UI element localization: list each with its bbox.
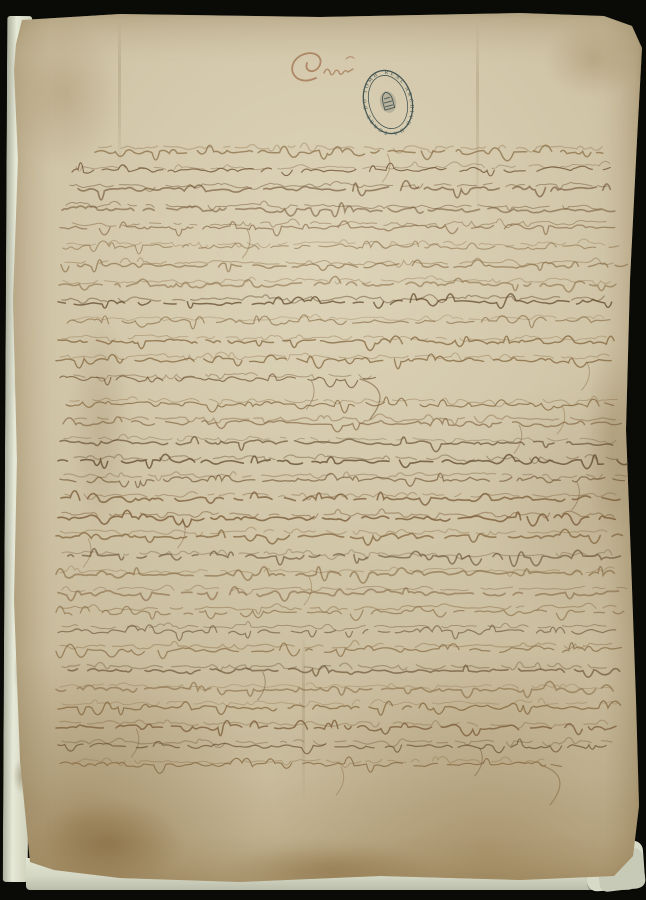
manuscript-page: [6, 12, 642, 888]
paper-stain: [70, 312, 130, 532]
paper-crease: [476, 22, 479, 212]
archive-stamp: REAL ARCHIVO DA TORRE DO TOMBO: [354, 64, 422, 140]
paper-stain: [584, 342, 640, 532]
paper-crease: [118, 20, 121, 170]
paper-crease: [302, 632, 305, 802]
photo-background: REAL ARCHIVO DA TORRE DO TOMBO: [0, 0, 646, 900]
paper-stain: [8, 18, 118, 168]
archive-stamp-group: REAL ARCHIVO DA TORRE DO TOMBO: [355, 64, 422, 140]
paper-stain: [546, 22, 642, 96]
archive-stamp-oval: REAL ARCHIVO DA TORRE DO TOMBO: [354, 64, 422, 140]
